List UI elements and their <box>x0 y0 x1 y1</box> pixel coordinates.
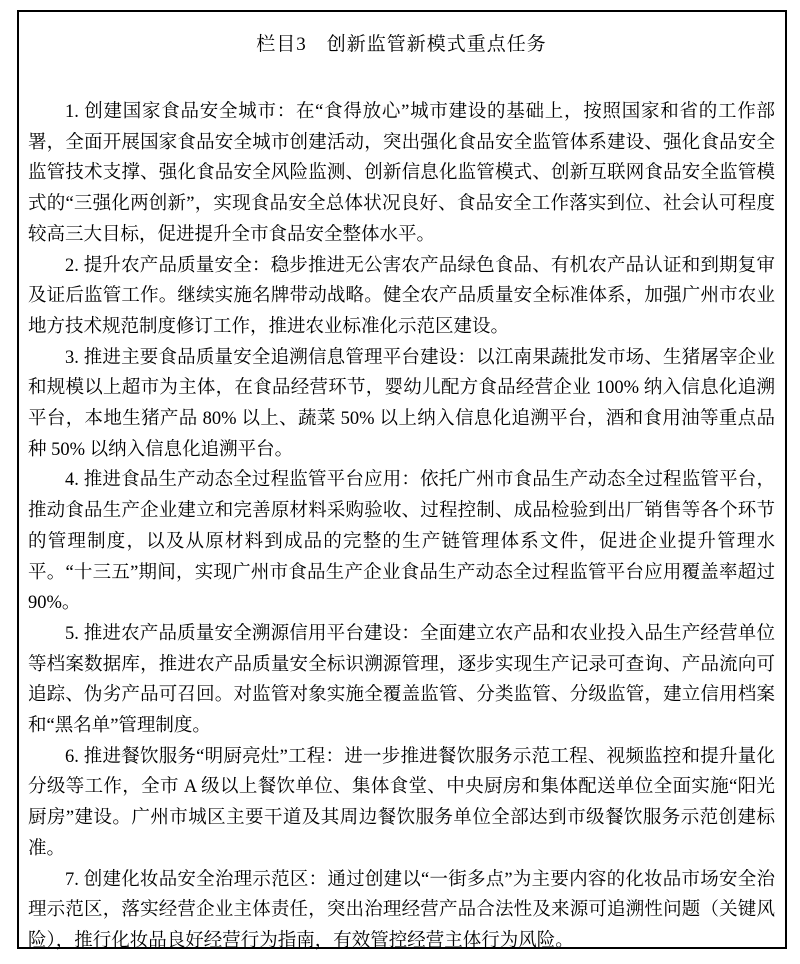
task-paragraph-7: 7. 创建化妆品安全治理示范区：通过创建以“一街多点”为主要内容的化妆品市场安全… <box>28 865 775 957</box>
task-list: 1. 创建国家食品安全城市：在“食得放心”城市建设的基础上，按照国家和省的工作部… <box>28 97 775 957</box>
task-paragraph-2: 2. 提升农产品质量安全：稳步推进无公害农产品绿色食品、有机农产品认证和到期复审… <box>28 251 775 343</box>
task-paragraph-6: 6. 推进餐饮服务“明厨亮灶”工程：进一步推进餐饮服务示范工程、视频监控和提升量… <box>28 742 775 865</box>
page: { "colors": { "page_background": "#fffff… <box>0 0 800 964</box>
task-paragraph-3: 3. 推进主要食品质量安全追溯信息管理平台建设：以江南果蔬批发市场、生猪屠宰企业… <box>28 343 775 466</box>
panel-title: 栏目3 创新监管新模式重点任务 <box>28 33 775 56</box>
bordered-panel: 栏目3 创新监管新模式重点任务 1. 创建国家食品安全城市：在“食得放心”城市建… <box>17 10 787 949</box>
task-paragraph-1: 1. 创建国家食品安全城市：在“食得放心”城市建设的基础上，按照国家和省的工作部… <box>28 97 775 251</box>
task-paragraph-5: 5. 推进农产品质量安全溯源信用平台建设：全面建立农产品和农业投入品生产经营单位… <box>28 619 775 742</box>
task-paragraph-4: 4. 推进食品生产动态全过程监管平台应用：依托广州市食品生产动态全过程监管平台，… <box>28 465 775 619</box>
